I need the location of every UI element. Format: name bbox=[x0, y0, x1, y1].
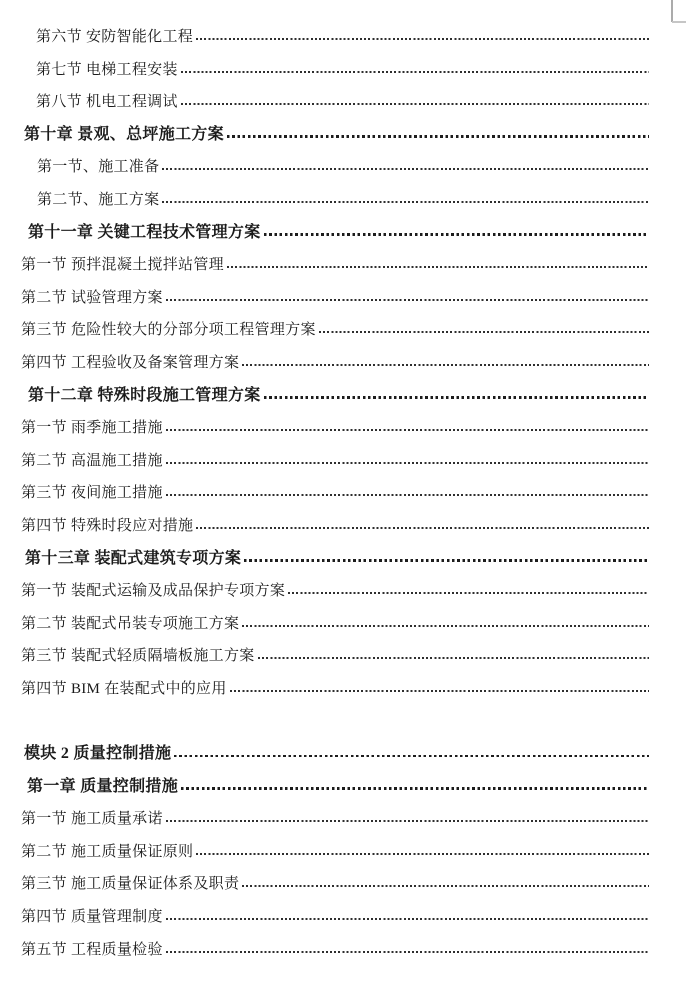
dot-leader bbox=[166, 299, 649, 301]
toc-entry[interactable]: 第二节 施工质量保证原则 bbox=[0, 836, 649, 869]
toc-entry[interactable]: 第七节 电梯工程安装 bbox=[0, 54, 649, 87]
toc-entry[interactable]: 第四节 质量管理制度 bbox=[0, 901, 649, 934]
dot-leader bbox=[319, 331, 649, 333]
toc-entry[interactable]: 第一节 预拌混凝土搅拌站管理 bbox=[0, 249, 649, 282]
dot-leader bbox=[166, 820, 649, 822]
dot-leader bbox=[166, 951, 649, 953]
dot-leader bbox=[181, 103, 649, 105]
toc-entry-label: 第一节 装配式运输及成品保护专项方案 bbox=[21, 575, 285, 608]
toc-entry-label: 第二节 试验管理方案 bbox=[21, 282, 163, 315]
toc-entry-label: 第一节、施工准备 bbox=[37, 151, 159, 184]
toc-entry[interactable]: 第四节 工程验收及备案管理方案 bbox=[0, 347, 649, 380]
toc-entry-label: 第二节 装配式吊装专项施工方案 bbox=[21, 608, 239, 641]
dot-leader bbox=[196, 38, 649, 40]
toc-entry-label: 第七节 电梯工程安装 bbox=[36, 54, 178, 87]
toc-entry-label: 第五节 工程质量检验 bbox=[21, 934, 163, 967]
toc-entry[interactable]: 第一节 装配式运输及成品保护专项方案 bbox=[0, 575, 649, 608]
toc-entry-label: 第四节 特殊时段应对措施 bbox=[21, 510, 193, 543]
toc-entry-label: 第四节 质量管理制度 bbox=[21, 901, 163, 934]
page-margin-crop-mark-horizontal bbox=[672, 21, 686, 23]
toc-entry[interactable]: 第一节、施工准备 bbox=[0, 151, 649, 184]
dot-leader bbox=[264, 396, 649, 398]
toc-entry-label: 第十章 景观、总坪施工方案 bbox=[24, 119, 224, 152]
toc-entry-label: 第十一章 关键工程技术管理方案 bbox=[28, 217, 261, 250]
toc-entry-label: 第一节 预拌混凝土搅拌站管理 bbox=[21, 249, 224, 282]
dot-leader bbox=[242, 885, 649, 887]
toc-entry[interactable]: 第三节 危险性较大的分部分项工程管理方案 bbox=[0, 314, 649, 347]
dot-leader bbox=[166, 918, 649, 920]
toc-entry[interactable]: 第二节、施工方案 bbox=[0, 184, 649, 217]
toc-entry-label: 第一节 施工质量承诺 bbox=[21, 803, 163, 836]
toc-entry[interactable]: 第一节 施工质量承诺 bbox=[0, 803, 649, 836]
toc-entry[interactable]: 第二节 高温施工措施 bbox=[0, 445, 649, 478]
dot-leader bbox=[227, 266, 649, 268]
toc-entry[interactable]: 模块 2 质量控制措施 bbox=[0, 738, 649, 771]
toc-entry[interactable]: 第一节 雨季施工措施 bbox=[0, 412, 649, 445]
dot-leader bbox=[244, 559, 649, 561]
toc-entry[interactable]: 第三节 装配式轻质隔墙板施工方案 bbox=[0, 640, 649, 673]
toc-entry-label: 第四节 工程验收及备案管理方案 bbox=[21, 347, 239, 380]
dot-leader bbox=[166, 494, 649, 496]
toc-entry-label: 第十二章 特殊时段施工管理方案 bbox=[28, 380, 261, 413]
toc-entry[interactable]: 第十章 景观、总坪施工方案 bbox=[0, 119, 649, 152]
toc-entry[interactable]: 第十三章 装配式建筑专项方案 bbox=[0, 543, 649, 576]
toc-entry-label: 第六节 安防智能化工程 bbox=[36, 21, 193, 54]
dot-leader bbox=[166, 429, 649, 431]
toc-entry-label: 第一节 雨季施工措施 bbox=[21, 412, 163, 445]
toc-entry[interactable]: 第八节 机电工程调试 bbox=[0, 86, 649, 119]
toc-entry[interactable]: 第十一章 关键工程技术管理方案 bbox=[0, 217, 649, 250]
toc-entry[interactable]: 第三节 夜间施工措施 bbox=[0, 477, 649, 510]
dot-leader bbox=[196, 527, 649, 529]
dot-leader bbox=[227, 135, 649, 137]
dot-leader bbox=[181, 71, 649, 73]
toc-entry[interactable]: 第四节 特殊时段应对措施 bbox=[0, 510, 649, 543]
toc-entry[interactable]: 第二节 装配式吊装专项施工方案 bbox=[0, 608, 649, 641]
dot-leader bbox=[162, 168, 649, 170]
toc-entry-label: 第八节 机电工程调试 bbox=[36, 86, 178, 119]
toc-entry-label: 第四节 BIM 在装配式中的应用 bbox=[21, 673, 227, 706]
dot-leader bbox=[230, 690, 649, 692]
dot-leader bbox=[196, 853, 649, 855]
toc-entry[interactable]: 第三节 施工质量保证体系及职责 bbox=[0, 868, 649, 901]
toc-entry-label: 第三节 装配式轻质隔墙板施工方案 bbox=[21, 640, 255, 673]
toc-entry[interactable]: 第六节 安防智能化工程 bbox=[0, 21, 649, 54]
toc-entry[interactable]: 第十二章 特殊时段施工管理方案 bbox=[0, 380, 649, 413]
toc-entry[interactable]: 第五节 工程质量检验 bbox=[0, 934, 649, 967]
dot-leader bbox=[162, 201, 649, 203]
toc-entry-label: 第三节 夜间施工措施 bbox=[21, 477, 163, 510]
toc-entry[interactable]: 第四节 BIM 在装配式中的应用 bbox=[0, 673, 649, 706]
toc-entry-label: 第二节、施工方案 bbox=[37, 184, 159, 217]
toc-entry-label: 第一章 质量控制措施 bbox=[27, 771, 178, 804]
document-page: 第六节 安防智能化工程 第七节 电梯工程安装 第八节 机电工程调试 第十章 景观… bbox=[0, 0, 686, 994]
dot-leader bbox=[258, 657, 649, 659]
toc-entry-label: 第三节 危险性较大的分部分项工程管理方案 bbox=[21, 314, 316, 347]
page-margin-crop-mark-vertical bbox=[671, 0, 673, 22]
dot-leader bbox=[174, 755, 649, 757]
toc-blank-line bbox=[0, 705, 649, 738]
toc-entry-label: 第三节 施工质量保证体系及职责 bbox=[21, 868, 239, 901]
toc-entry-label: 第十三章 装配式建筑专项方案 bbox=[25, 543, 241, 576]
dot-leader bbox=[181, 787, 649, 789]
table-of-contents: 第六节 安防智能化工程 第七节 电梯工程安装 第八节 机电工程调试 第十章 景观… bbox=[0, 21, 649, 966]
toc-entry-label: 第二节 施工质量保证原则 bbox=[21, 836, 193, 869]
dot-leader bbox=[264, 233, 649, 235]
dot-leader bbox=[242, 364, 649, 366]
dot-leader bbox=[242, 625, 649, 627]
toc-entry-label: 第二节 高温施工措施 bbox=[21, 445, 163, 478]
toc-entry[interactable]: 第二节 试验管理方案 bbox=[0, 282, 649, 315]
toc-entry-label: 模块 2 质量控制措施 bbox=[24, 738, 171, 771]
dot-leader bbox=[166, 462, 649, 464]
toc-entry[interactable]: 第一章 质量控制措施 bbox=[0, 771, 649, 804]
dot-leader bbox=[288, 592, 649, 594]
